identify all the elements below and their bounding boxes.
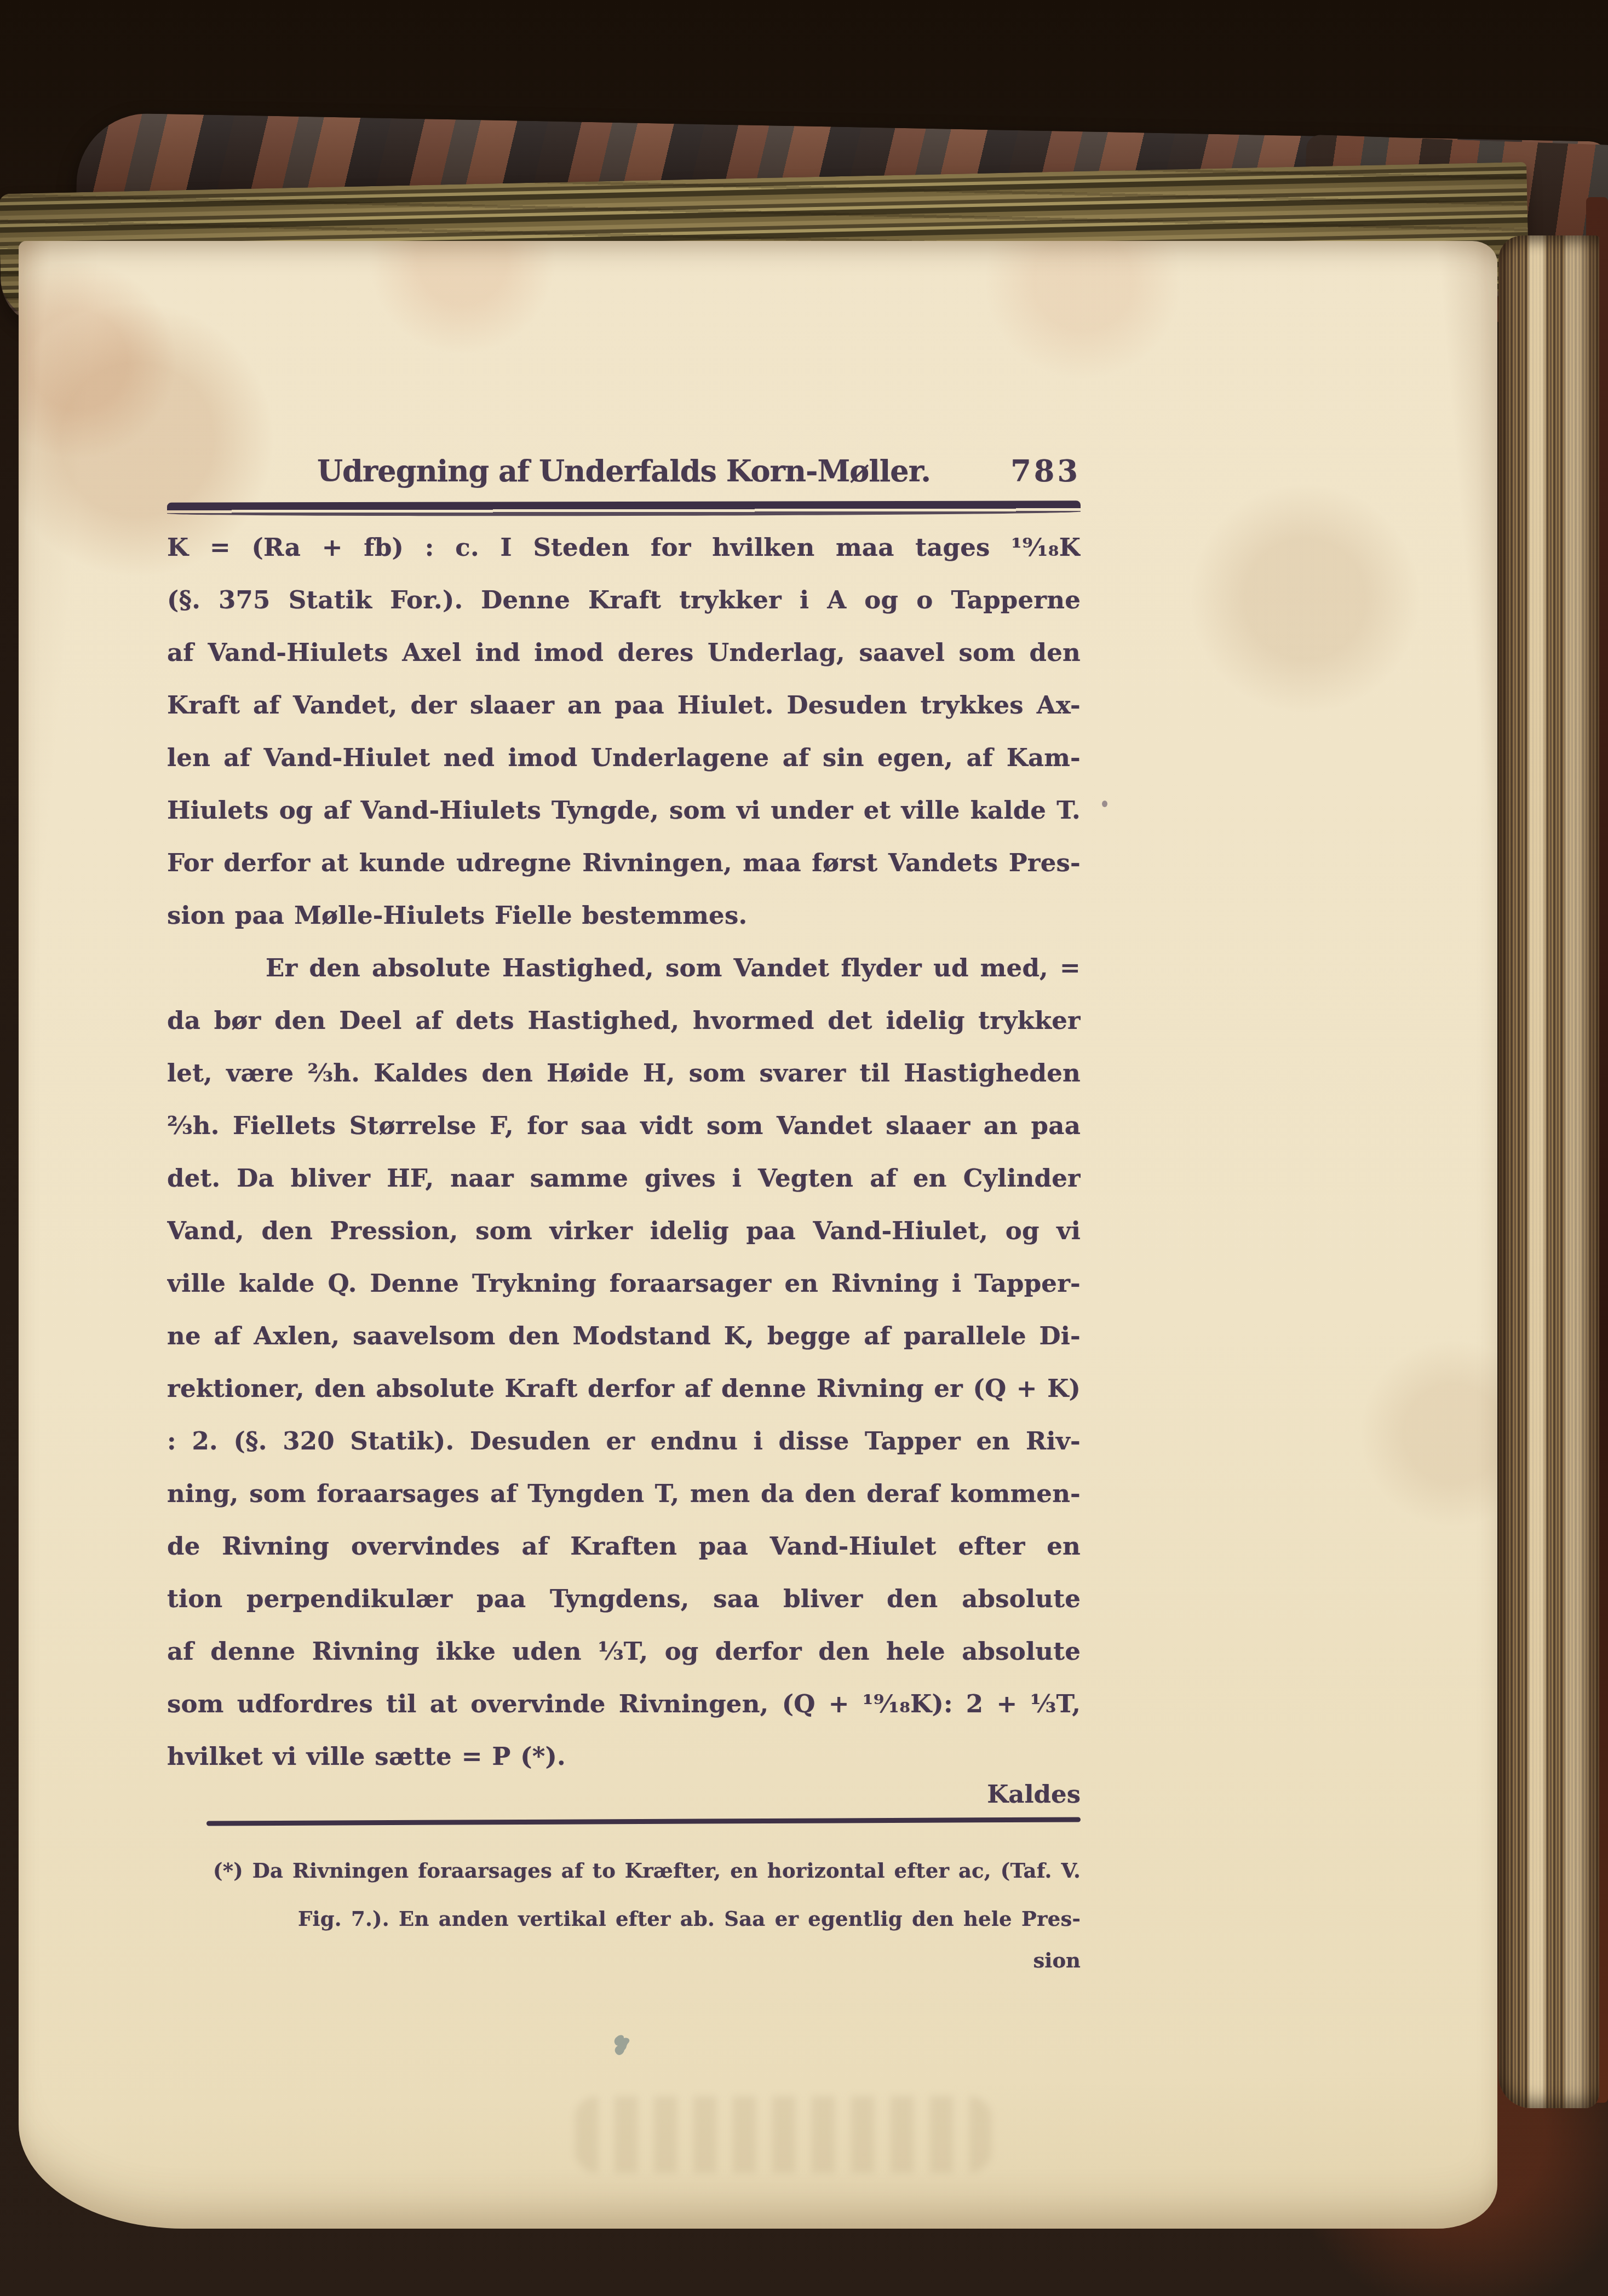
running-title: Udregning af Underfalds Korn-Møller.	[167, 445, 1081, 497]
text-line: K = (Ra + fb) : c. I Steden for hvilken …	[167, 521, 1081, 574]
footnote: (*) Da Rivningen foraarsages af to Kræft…	[213, 1846, 1081, 1982]
text-line: ne af Axlen, saavelsom den Modstand K, b…	[167, 1310, 1081, 1362]
text-line: af denne Rivning ikke uden ⅓T, og derfor…	[167, 1625, 1081, 1678]
body-text: K = (Ra + fb) : c. I Steden for hvilken …	[167, 521, 1081, 1783]
ink-smudge-mark	[609, 2033, 633, 2062]
text-line: som udfordres til at overvinde Rivningen…	[167, 1678, 1081, 1730]
text-line: tion perpendikulær paa Tyngdens, saa bli…	[167, 1573, 1081, 1625]
text-line: ning, som foraarsages af Tyngden T, men …	[167, 1468, 1081, 1520]
footnote-line: Fig. 7.). En anden vertikal efter ab. Sa…	[213, 1895, 1081, 1943]
text-line: rektioner, den absolute Kraft derfor af …	[167, 1362, 1081, 1415]
page-number: 783	[1010, 445, 1081, 497]
footnote-catchword: sion	[213, 1943, 1081, 1982]
text-line: : 2. (§. 320 Statik). Desuden er endnu i…	[167, 1415, 1081, 1468]
text-line: Hiulets og af Vand-Hiulets Tyngde, som v…	[167, 784, 1081, 837]
text-line: sion paa Mølle-Hiulets Fielle bestemmes.	[167, 889, 1081, 942]
footnote-line: (*) Da Rivningen foraarsages af to Kræft…	[213, 1846, 1081, 1895]
text-line: Vand, den Pression, som virker idelig pa…	[167, 1205, 1081, 1257]
text-line: ville kalde Q. Denne Trykning foraarsage…	[167, 1257, 1081, 1310]
text-line: Kraft af Vandet, der slaaer an paa Hiule…	[167, 679, 1081, 732]
text-line: len af Vand-Hiulet ned imod Underlagene …	[167, 732, 1081, 784]
text-line: (§. 375 Statik For.). Denne Kraft trykke…	[167, 574, 1081, 626]
text-line: For derfor at kunde udregne Rivningen, m…	[167, 837, 1081, 889]
ink-smudge-shape	[609, 2033, 633, 2062]
running-head: Udregning af Underfalds Korn-Møller. 783	[167, 445, 1081, 497]
text-line: ⅔h. Fiellets Størrelse F, for saa vidt s…	[167, 1100, 1081, 1152]
catchword: Kaldes	[167, 1770, 1081, 1819]
fore-edge-page-stack	[1498, 235, 1599, 2108]
text-line: da bør den Deel af dets Hastighed, hvorm…	[167, 994, 1081, 1047]
text-line: de Rivning overvindes af Kraften paa Van…	[167, 1520, 1081, 1573]
ink-speck	[1102, 801, 1107, 807]
reverse-side-show-through	[575, 2096, 991, 2173]
text-line: det. Da bliver HF, naar samme gives i Ve…	[167, 1152, 1081, 1205]
text-line: Er den absolute Hastighed, som Vandet fl…	[167, 942, 1081, 994]
book-scan: Udregning af Underfalds Korn-Møller. 783…	[0, 0, 1608, 2296]
text-line: af Vand-Hiulets Axel ind imod deres Unde…	[167, 626, 1081, 679]
text-line: let, være ⅔h. Kaldes den Høide H, som sv…	[167, 1047, 1081, 1100]
